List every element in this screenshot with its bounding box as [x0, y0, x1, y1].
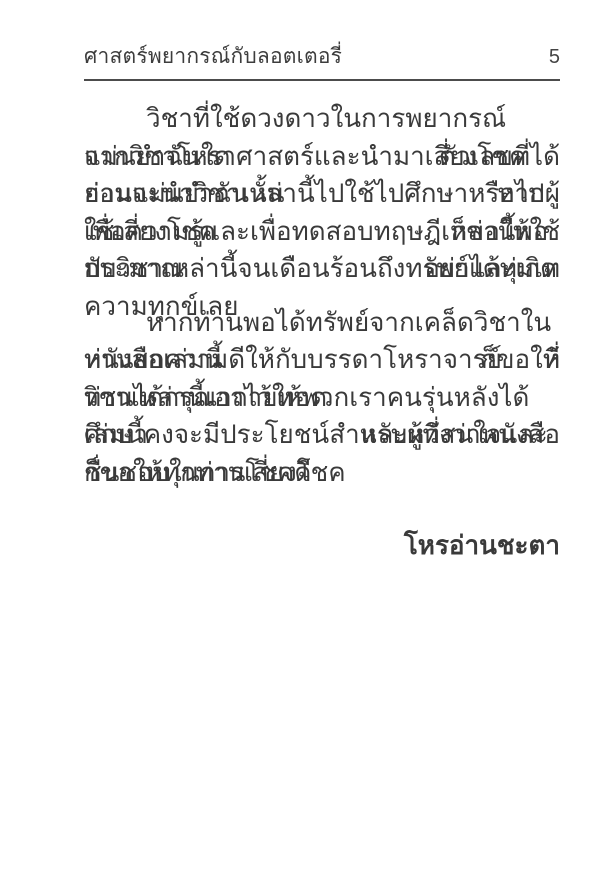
text-line: กับวิชาเหล่านี้จนเดือนร้อนถึงทรัพย์และเก…	[84, 250, 560, 288]
book-page: ศาสตร์พยากรณ์กับลอตเตอรี่ 5 วิชาที่ใช้ดว…	[0, 0, 600, 882]
author-signature: โหรอ่านชะตา	[84, 527, 560, 565]
text-line: จากวิชาโหราศาสตร์และนำมาเสี่ยงโชคย่อมแม่…	[84, 138, 560, 176]
page-header: ศาสตร์พยากรณ์กับลอตเตอรี่ 5	[84, 44, 560, 70]
paragraph-1: วิชาที่ใช้ดวงดาวในการพยากรณ์แม่นยำฉันใด …	[84, 100, 560, 288]
text-line: ท่านยกความดีให้กับบรรดาโหราจารย์ ที่ท่าน…	[84, 341, 560, 379]
text-line: เพื่อความรู้และเพื่อทดสอบทฤษฎีเหล่านี้พอ…	[84, 213, 560, 251]
running-head-title: ศาสตร์พยากรณ์กับลอตเตอรี่	[84, 44, 342, 70]
paragraph-2: หากท่านพอได้ทรัพย์จากเคล็ดวิชาในหนังสือเ…	[84, 304, 560, 492]
text-line: วิชาที่ใช้ดวงดาวในการพยากรณ์แม่นยำฉันใด …	[84, 100, 560, 138]
header-rule	[84, 79, 560, 81]
text-line: วิชาเหล่านี้เอาไว้ให้พวกเราคนรุ่นหลังได้…	[84, 379, 560, 417]
text-line: หากท่านพอได้ทรัพย์จากเคล็ดวิชาในหนังสือเ…	[84, 304, 560, 342]
text-line: อ่านจะนำวิชาเหล่านี้ไปใช้ไปศึกษาหรือไปใช…	[84, 175, 560, 213]
text-line: เล่มนี้คงจะมีประโยชน์สำหรับผู้ที่สนใจและ…	[84, 416, 560, 454]
page-body: วิชาที่ใช้ดวงดาวในการพยากรณ์แม่นยำฉันใด …	[84, 100, 560, 565]
page-number: 5	[549, 44, 560, 70]
